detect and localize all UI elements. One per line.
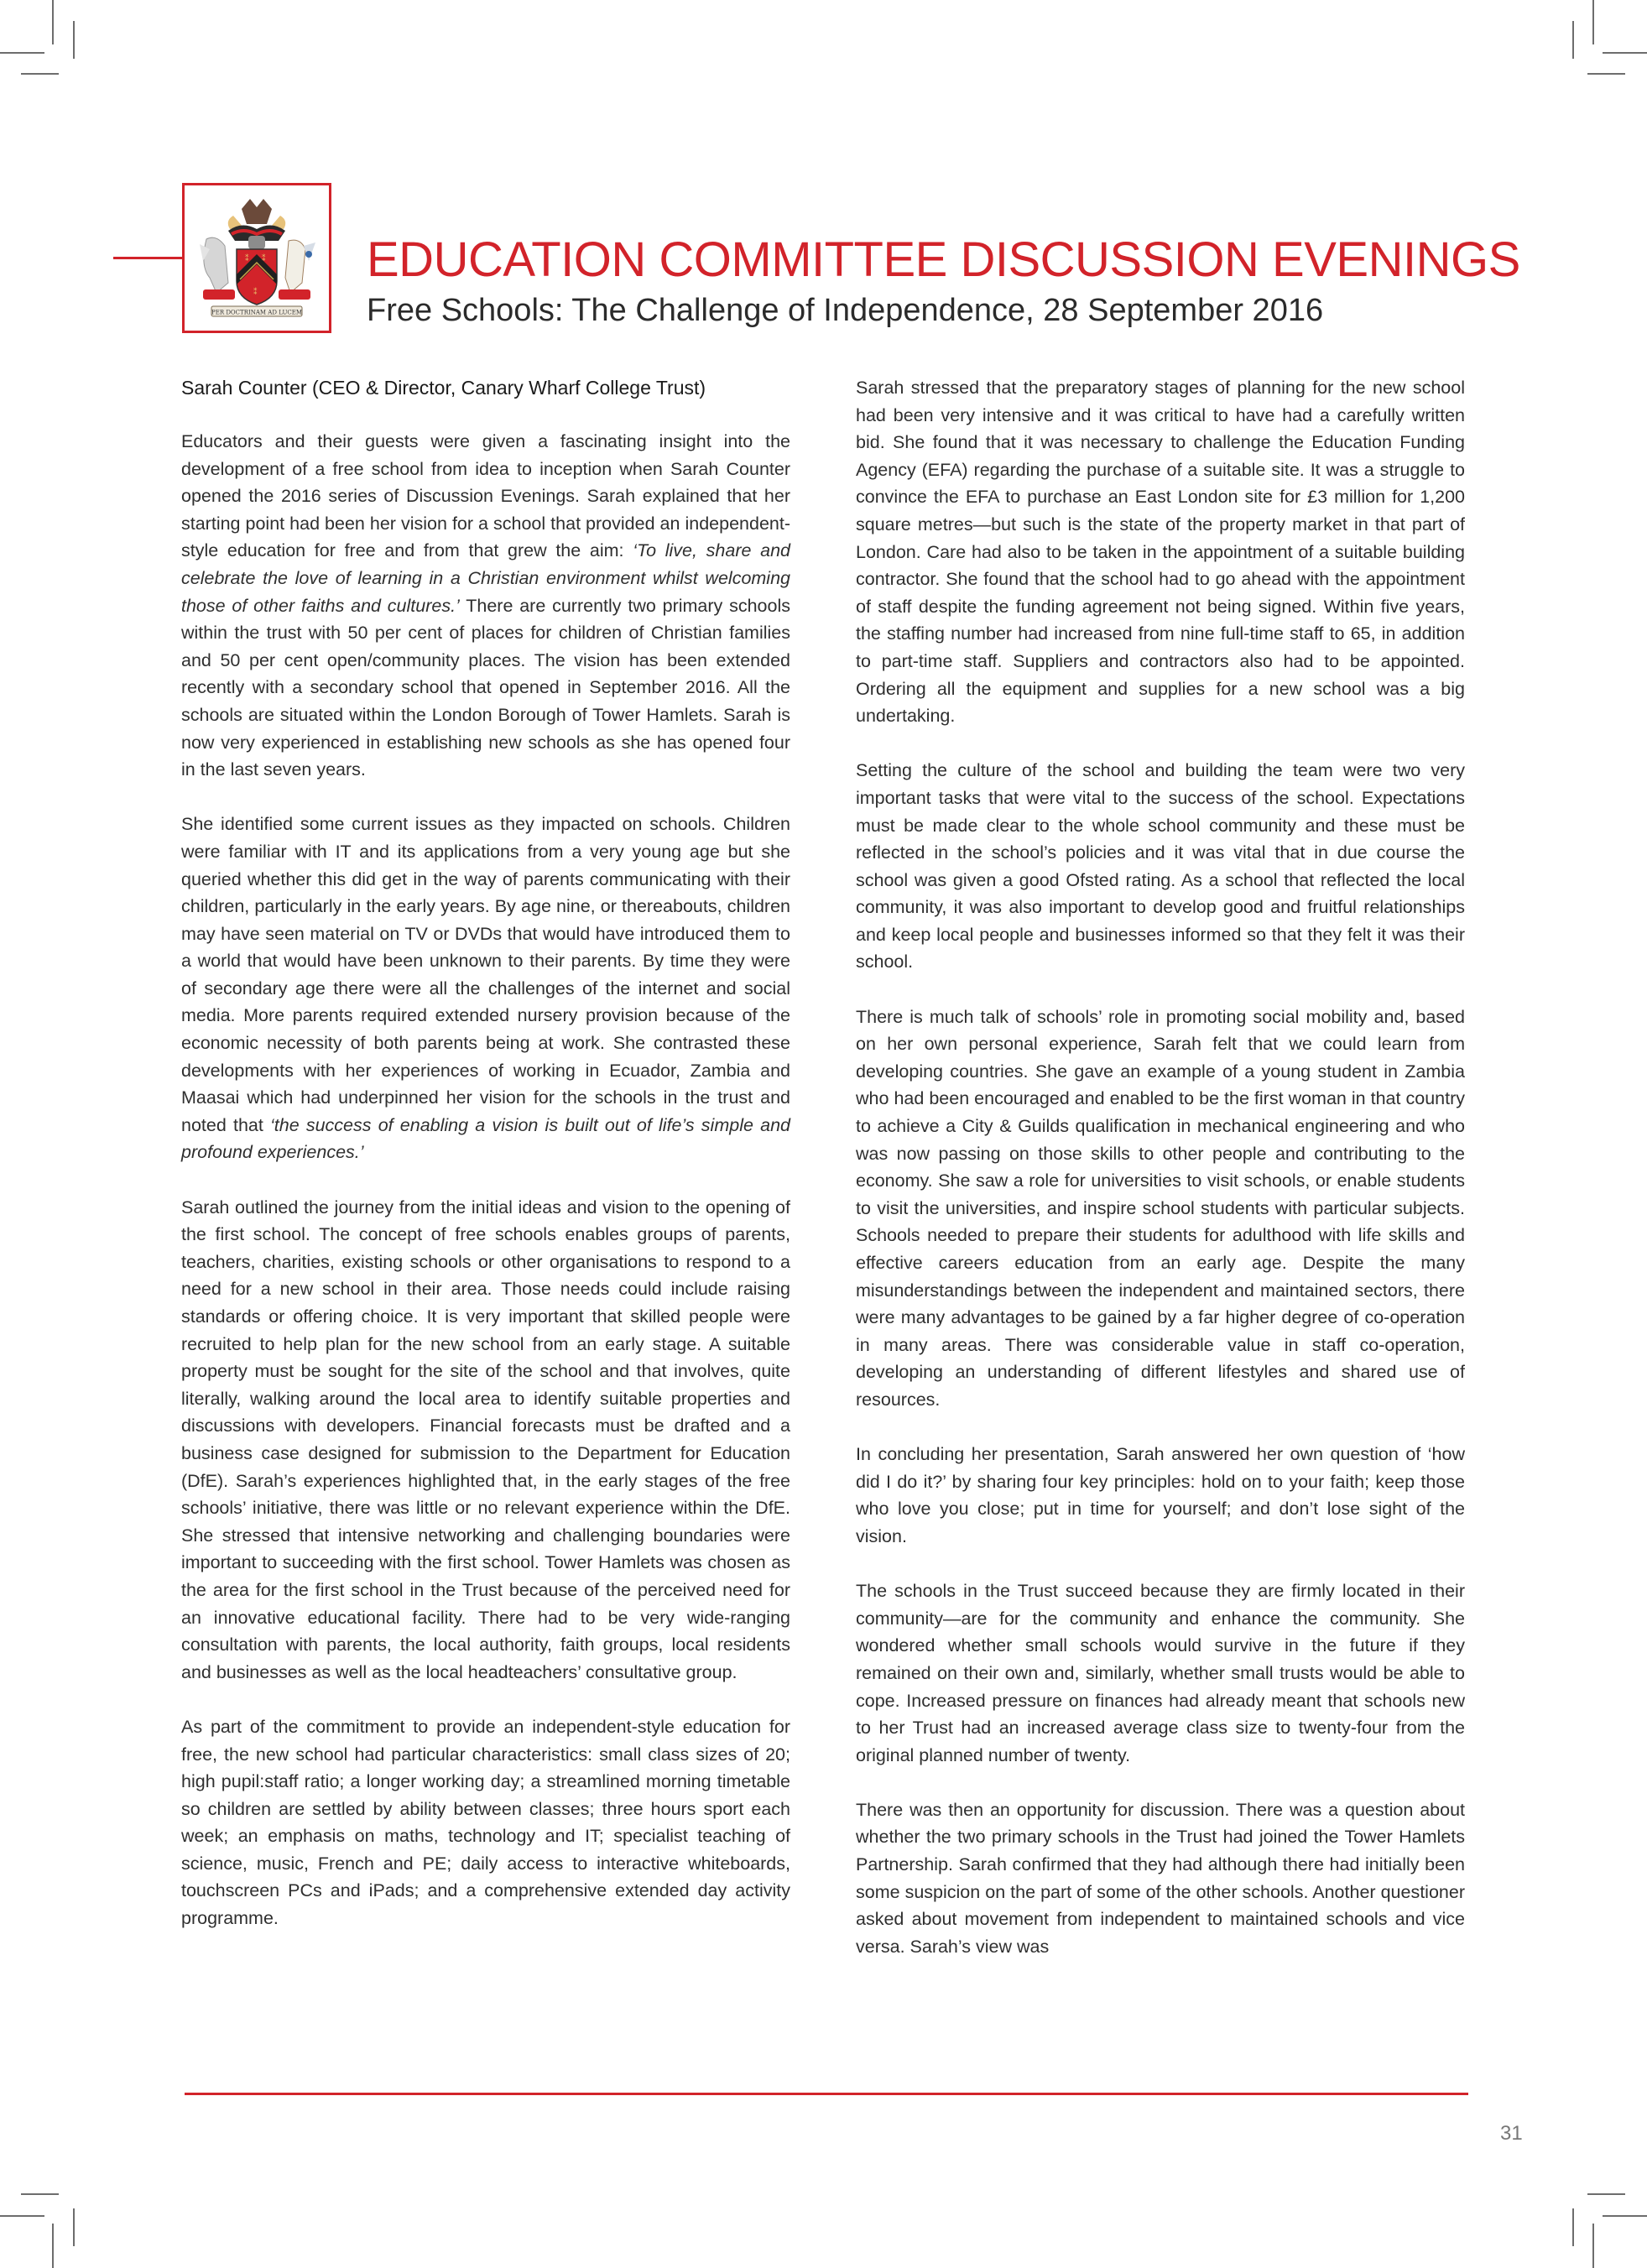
article-column-right: Sarah stressed that the preparatory stag…	[856, 374, 1465, 1960]
crop-mark	[1592, 0, 1594, 44]
crop-mark	[1592, 2224, 1594, 2268]
crop-mark	[73, 21, 75, 59]
paragraph: As part of the commitment to provide an …	[181, 1713, 790, 1932]
paragraph: The schools in the Trust succeed because…	[856, 1577, 1465, 1769]
paragraph: She identified some current issues as th…	[181, 811, 790, 1166]
crop-mark	[1572, 21, 1574, 59]
motto: PER DOCTRINAM AD LUCEM	[211, 310, 302, 316]
crop-mark	[0, 52, 44, 54]
crop-mark	[52, 0, 54, 44]
crop-mark	[21, 73, 59, 75]
header-rule	[113, 257, 183, 259]
svg-text:⁑: ⁑	[253, 287, 258, 297]
svg-text:⁑: ⁑	[245, 253, 249, 263]
crop-mark	[1603, 52, 1647, 54]
paragraph: Sarah stressed that the preparatory stag…	[856, 374, 1465, 730]
paragraph: In concluding her presentation, Sarah an…	[856, 1441, 1465, 1550]
crop-mark	[1587, 73, 1625, 75]
footer-rule	[185, 2093, 1468, 2095]
paragraph: There is much talk of schools’ role in p…	[856, 1004, 1465, 1414]
page-title: EDUCATION COMMITTEE DISCUSSION EVENINGS	[367, 233, 1520, 287]
paragraph: Educators and their guests were given a …	[181, 428, 790, 784]
crop-mark	[1572, 2208, 1574, 2246]
logo: ⁑ ⁑ ⁑ PER DOCTRINAM AD LUCEM	[182, 183, 331, 333]
crop-mark	[73, 2208, 75, 2246]
crop-mark	[21, 2193, 59, 2195]
crop-mark	[1587, 2193, 1625, 2195]
crop-mark	[1603, 2215, 1647, 2217]
page-number: 31	[1500, 2122, 1523, 2145]
crop-mark	[0, 2215, 44, 2217]
paragraph: Sarah outlined the journey from the init…	[181, 1194, 790, 1687]
paragraph: There was then an opportunity for discus…	[856, 1796, 1465, 1961]
article-column-left: Sarah Counter (CEO & Director, Canary Wh…	[181, 374, 790, 1932]
coat-of-arms-icon: ⁑ ⁑ ⁑ PER DOCTRINAM AD LUCEM	[191, 190, 322, 325]
svg-text:⁑: ⁑	[262, 253, 266, 263]
paragraph: Setting the culture of the school and bu…	[856, 757, 1465, 976]
page-subtitle: Free Schools: The Challenge of Independe…	[367, 291, 1323, 330]
crop-mark	[52, 2224, 54, 2268]
speaker-heading: Sarah Counter (CEO & Director, Canary Wh…	[181, 374, 790, 401]
